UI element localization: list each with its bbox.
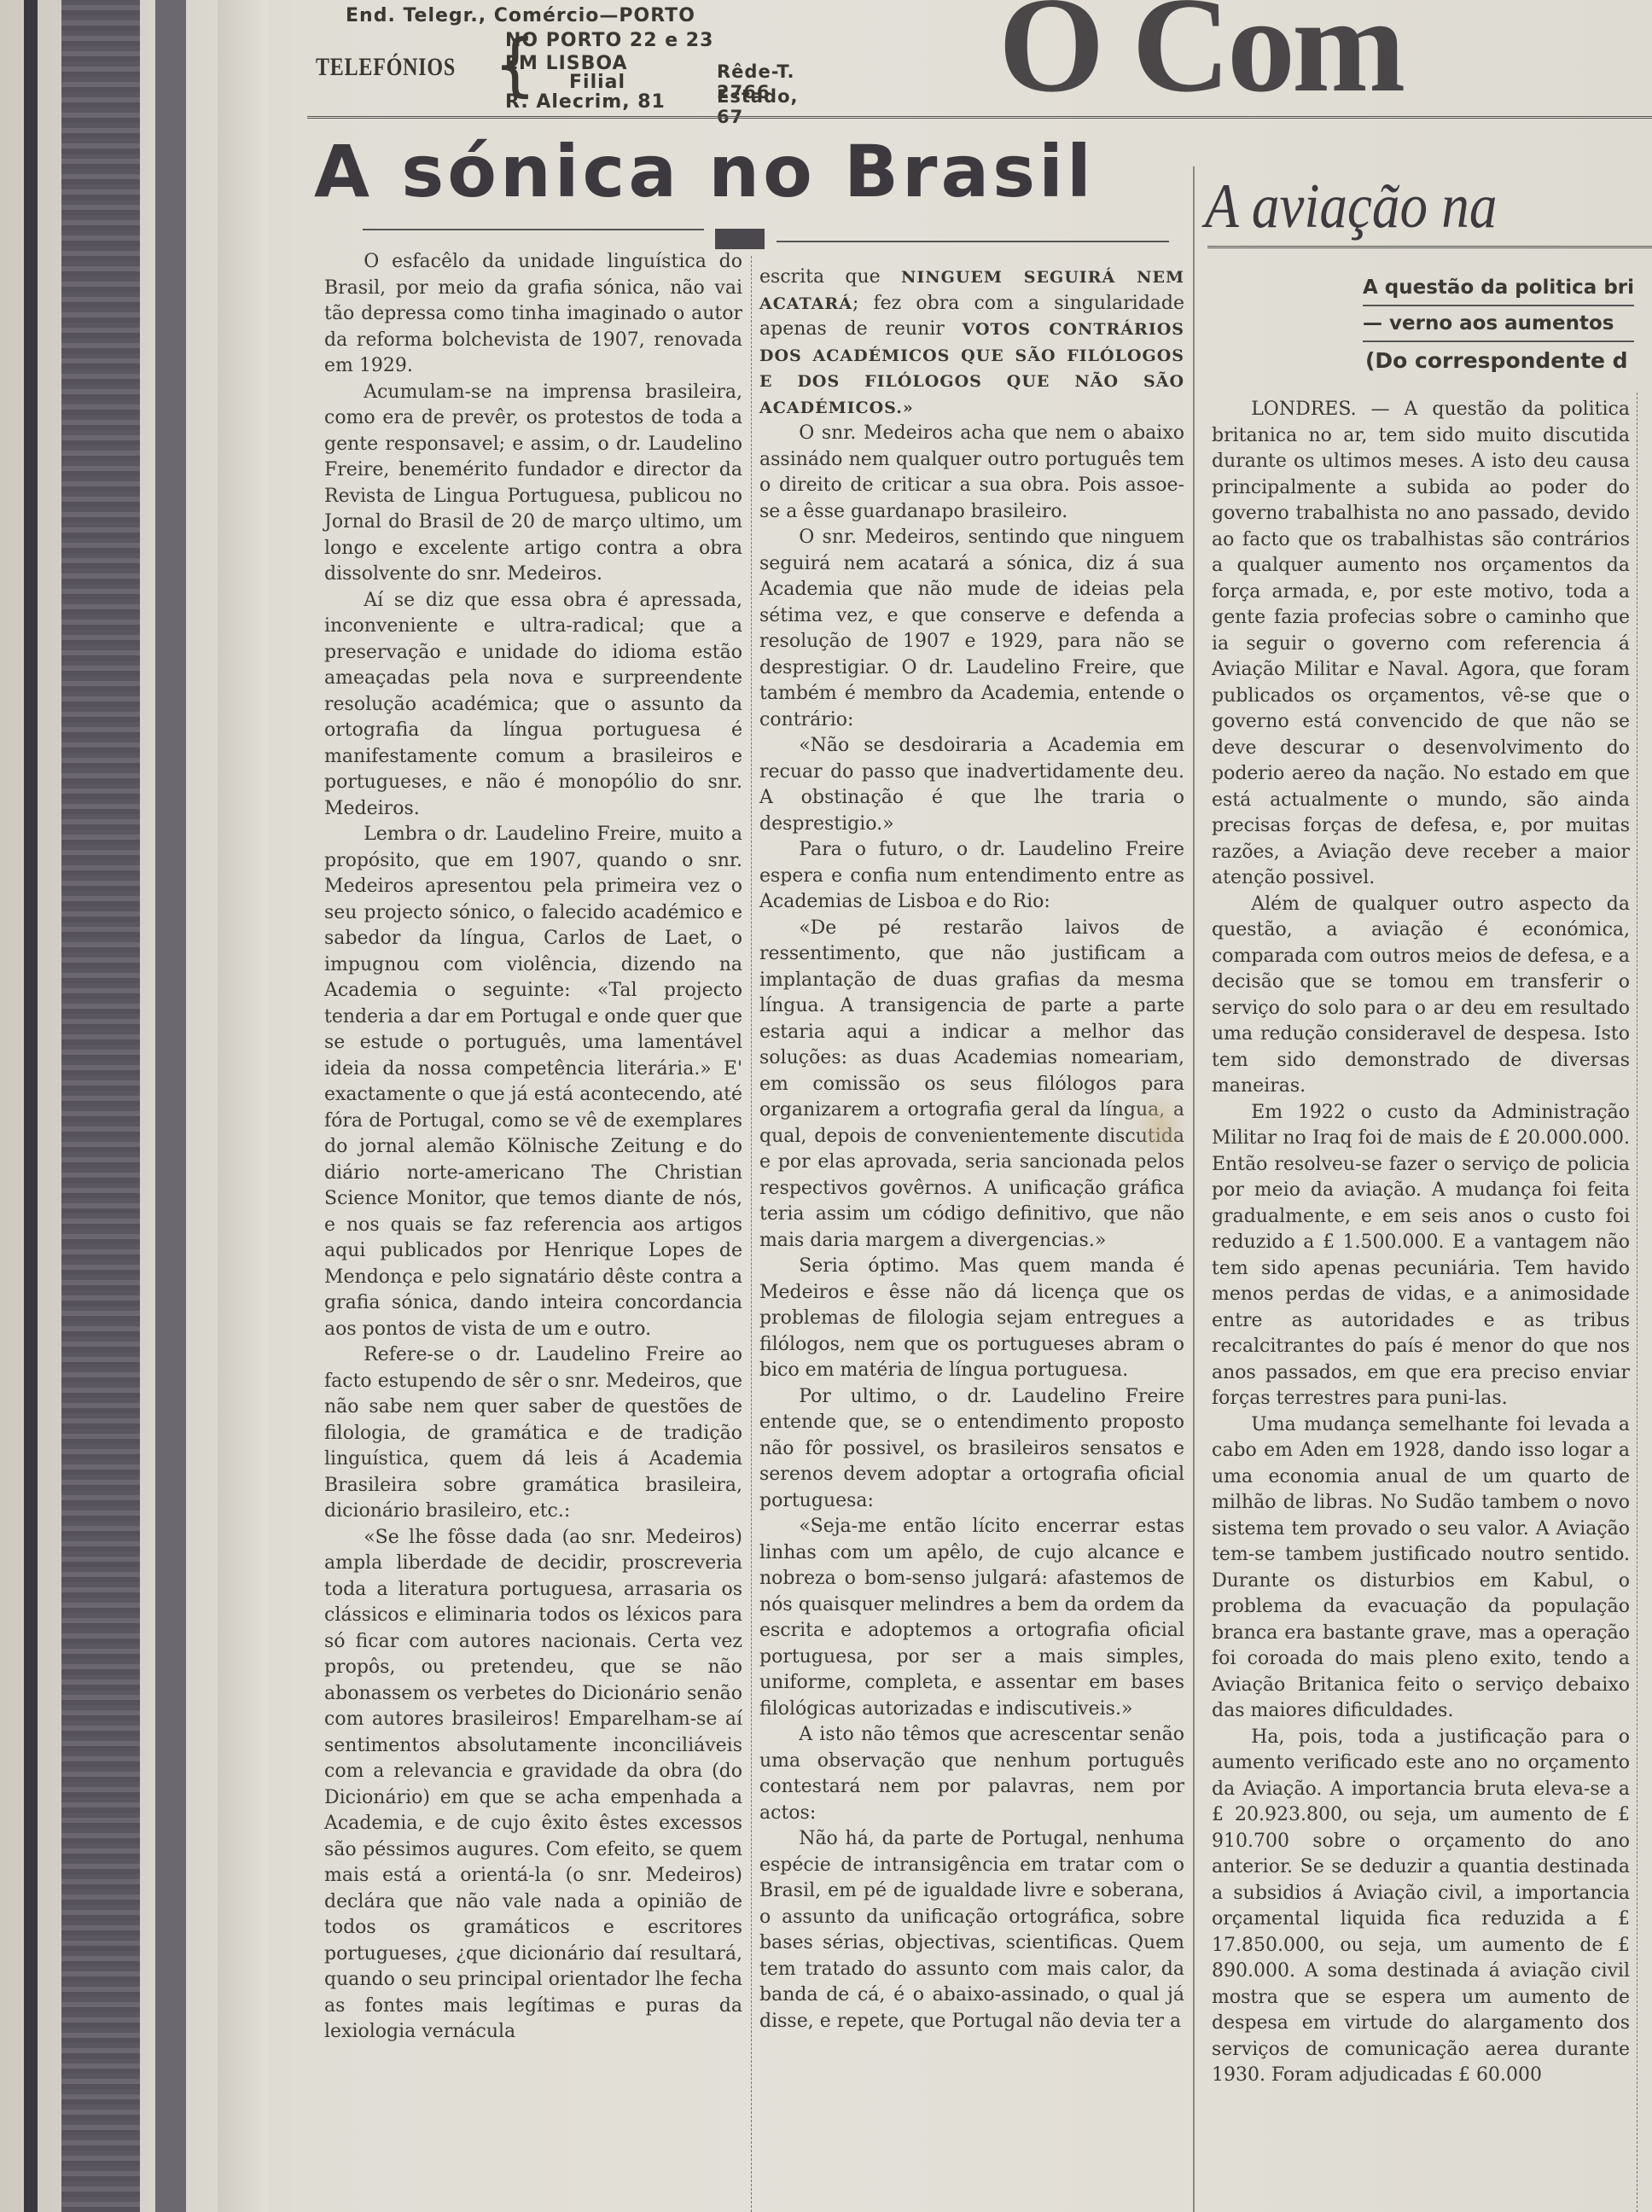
paragraph: Aí se diz que essa obra é apressada, inc… [324, 588, 742, 823]
spine-bar [24, 0, 38, 2212]
spine-bar [155, 0, 186, 2212]
newspaper-page: End. Telegr., Comércio—PORTO TELEFÓNIOS … [0, 0, 1652, 2212]
text-run: escrita que [759, 266, 881, 288]
filial-label: Filial [505, 75, 713, 90]
paragraph: Por ultimo, o dr. Laudelino Freire enten… [759, 1384, 1184, 1515]
article-headline: A sónica no Brasil [314, 130, 1095, 213]
paragraph: Para o futuro, o dr. Laudelino Freire es… [759, 837, 1184, 916]
lisboa-address: R. Alecrim, 81 [505, 90, 713, 114]
paragraph: O snr. Medeiros acha que nem o abaixo as… [759, 421, 1184, 525]
article-column-2: escrita que NINGUEM SEGUIRÁ NEM ACATARÁ;… [759, 265, 1184, 2034]
article-column-1: O esfacêlo da unidade linguística do Bra… [324, 249, 742, 2046]
headline2-rule [1207, 246, 1652, 248]
newspaper-logo: O Com [998, 0, 1402, 124]
column-divider [1637, 393, 1637, 2212]
paragraph: «Seja-me então lícito encerrar estas lin… [759, 1514, 1184, 1722]
paragraph: Refere-se o dr. Laudelino Freire ao fact… [324, 1342, 742, 1525]
paper-stain [1135, 1088, 1186, 1165]
subhead-line: — verno aos aumentos [1363, 306, 1634, 342]
dateline: (Do correspondente d [1365, 348, 1628, 373]
paragraph: Lembra o dr. Laudelino Freire, muito a p… [324, 822, 742, 1342]
article2-subhead: A questão da politica bri — verno aos au… [1363, 271, 1634, 342]
subhead-line: A questão da politica bri [1363, 271, 1634, 306]
paragraph: Uma mudança semelhante foi levada a cabo… [1212, 1412, 1630, 1725]
column-divider [1193, 166, 1195, 2212]
paragraph-lead: escrita que NINGUEM SEGUIRÁ NEM ACATARÁ;… [759, 265, 1184, 421]
paragraph: O esfacêlo da unidade linguística do Bra… [324, 249, 742, 380]
paragraph: «De pé restarão laivos de ressentimento,… [759, 916, 1184, 1254]
paragraph: A isto não têmos que acrescentar senão u… [759, 1722, 1184, 1826]
column-divider [751, 256, 752, 2212]
spine-bar [61, 0, 140, 2212]
masthead: End. Telegr., Comércio—PORTO TELEFÓNIOS … [316, 0, 828, 115]
paragraph: Ha, pois, toda a justificação para o aum… [1212, 1725, 1630, 2089]
paragraph: LONDRES. — A questão da politica britani… [1212, 397, 1630, 892]
article2-column: LONDRES. — A questão da politica britani… [1212, 397, 1630, 2089]
paragraph: Seria óptimo. Mas quem manda é Medeiros … [759, 1254, 1184, 1384]
paragraph: Além de qualquer outro aspecto da questã… [1212, 892, 1630, 1100]
page-fold [218, 0, 269, 2212]
paragraph: O snr. Medeiros, sentindo que ninguem se… [759, 525, 1184, 733]
porto-phone: NO PORTO 22 e 23 [505, 29, 713, 52]
ornament-icon [715, 229, 765, 249]
telegraph-address: End. Telegr., Comércio—PORTO [346, 5, 695, 26]
telephone-lines: NO PORTO 22 e 23 EM LISBOA Filial R. Ale… [505, 29, 713, 114]
paragraph: «Se lhe fôsse dada (ao snr. Medeiros) am… [324, 1525, 742, 2046]
paragraph: Não há, da parte de Portugal, nenhuma es… [759, 1826, 1184, 2034]
headline-rule-left [363, 229, 704, 230]
masthead-rule [307, 116, 1652, 119]
paragraph: Acumulam-se na imprensa brasileira, como… [324, 380, 742, 588]
paragraph: Em 1922 o custo da Administração Militar… [1212, 1100, 1630, 1412]
article-headline-2: A aviação na [1205, 171, 1497, 243]
headline-rule-right [777, 241, 1169, 242]
telephones-label: TELEFÓNIOS [316, 53, 456, 82]
estado-phone: Estado, 67 [717, 86, 828, 127]
paragraph: «Não se desdoiraria a Academia em recuar… [759, 733, 1184, 837]
